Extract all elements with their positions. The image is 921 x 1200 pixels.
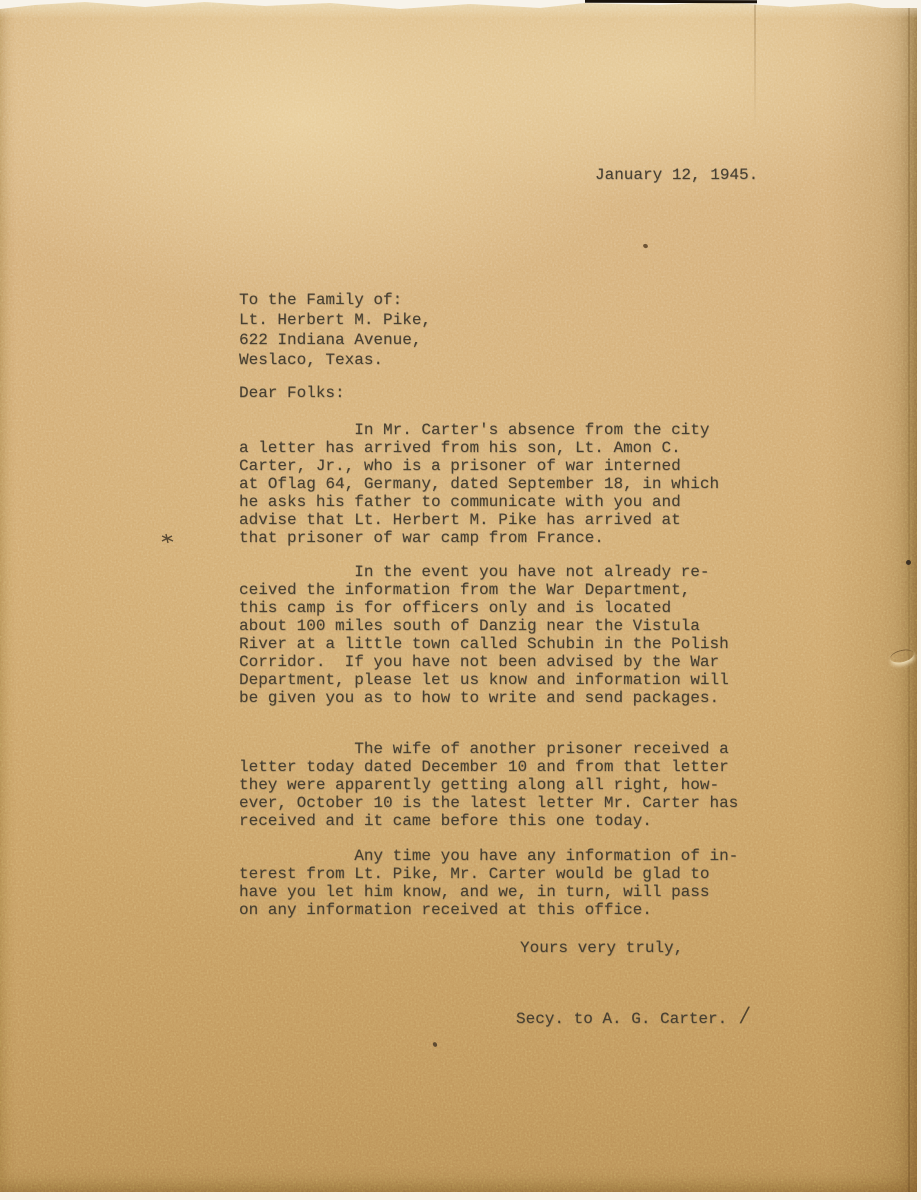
body-paragraph-1: In Mr. Carter's absence from the city a … [239, 421, 719, 547]
ink-splotch [161, 531, 174, 549]
scanned-letter-page: January 12, 1945. To the Family of: Lt. … [0, 0, 921, 1200]
body-paragraph-3: The wife of another prisoner received a … [239, 740, 738, 830]
ink-speck [432, 1041, 438, 1047]
signature-line: Secy. to A. G. Carter. [516, 1010, 727, 1028]
scan-shadow-strip [585, 0, 757, 3]
body-paragraph-2: In the event you have not already re- ce… [239, 563, 729, 707]
letter-date: January 12, 1945. [595, 166, 758, 184]
right-edge-tear [889, 647, 915, 664]
body-paragraph-4: Any time you have any information of in-… [239, 847, 738, 919]
ink-speck [906, 560, 911, 565]
scan-background-corner [883, 0, 921, 8]
right-edge-crease [908, 0, 910, 1192]
ink-speck [642, 243, 648, 249]
recipient-address: To the Family of: Lt. Herbert M. Pike, 6… [239, 290, 431, 370]
handwritten-check-mark: / [739, 1003, 751, 1029]
salutation: Dear Folks: [239, 384, 345, 402]
closing-line: Yours very truly, [520, 939, 683, 957]
aged-paper-sheet: January 12, 1945. To the Family of: Lt. … [0, 0, 917, 1192]
vertical-crease [754, 2, 756, 132]
torn-top-edge-highlight [0, 0, 917, 18]
